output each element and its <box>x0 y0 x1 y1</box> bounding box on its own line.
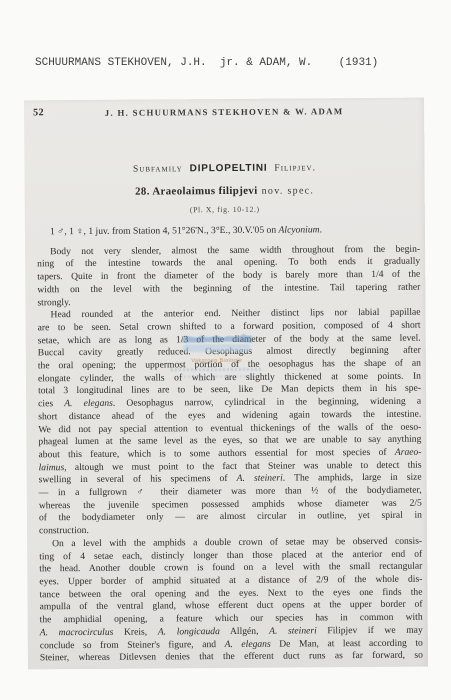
subfamily-name: DIPLOPELTINI <box>190 163 268 175</box>
species-number-and-name: 28. Araeolaimus filipjevi <box>135 185 258 198</box>
species-heading: 28. Araeolaimus filipjevi nov. spec. <box>25 180 425 201</box>
paragraph-body-shape: Body not very slender, almost the same w… <box>37 243 420 309</box>
text-line: 1 ♂, 1 ♀, 1 juv. from Station 4, 51°26'N… <box>37 224 420 239</box>
paragraph-amphids-gland: On a level with the amphids a double cro… <box>39 536 423 666</box>
paragraph-head-oesophagus: Head rounded at the anterior end. Neithe… <box>37 307 422 538</box>
running-title: J. H. SCHUURMANS STEKHOVEN & W. ADAM <box>24 106 424 119</box>
text-line: width on the level with the beginning of… <box>37 281 420 296</box>
subfamily-heading: Subfamily DIPLOPELTINI Filipjev. <box>24 157 424 178</box>
text-line: Steiner, whereas Ditlevsen denies that t… <box>40 650 423 665</box>
page-body-text: 1 ♂, 1 ♀, 1 juv. from Station 4, 51°26'N… <box>37 224 423 666</box>
scanned-page: 52 J. H. SCHUURMANS STEKHOVEN & W. ADAM … <box>24 98 428 670</box>
specimens-line: 1 ♂, 1 ♀, 1 juv. from Station 4, 51°26'N… <box>37 224 420 239</box>
citation-authors-year: SCHUURMANS STEKHOVEN, J.H. jr. & ADAM, W… <box>35 55 378 72</box>
figure-reference: (Pl. X, fig. 10-12.) <box>25 204 425 216</box>
scanned-card: SCHUURMANS STEKHOVEN, J.H. jr. & ADAM, W… <box>0 0 451 700</box>
species-nov-spec: nov. spec. <box>262 185 315 196</box>
subfamily-author: Filipjev. <box>274 163 316 173</box>
subfamily-label: Subfamily <box>133 164 183 174</box>
